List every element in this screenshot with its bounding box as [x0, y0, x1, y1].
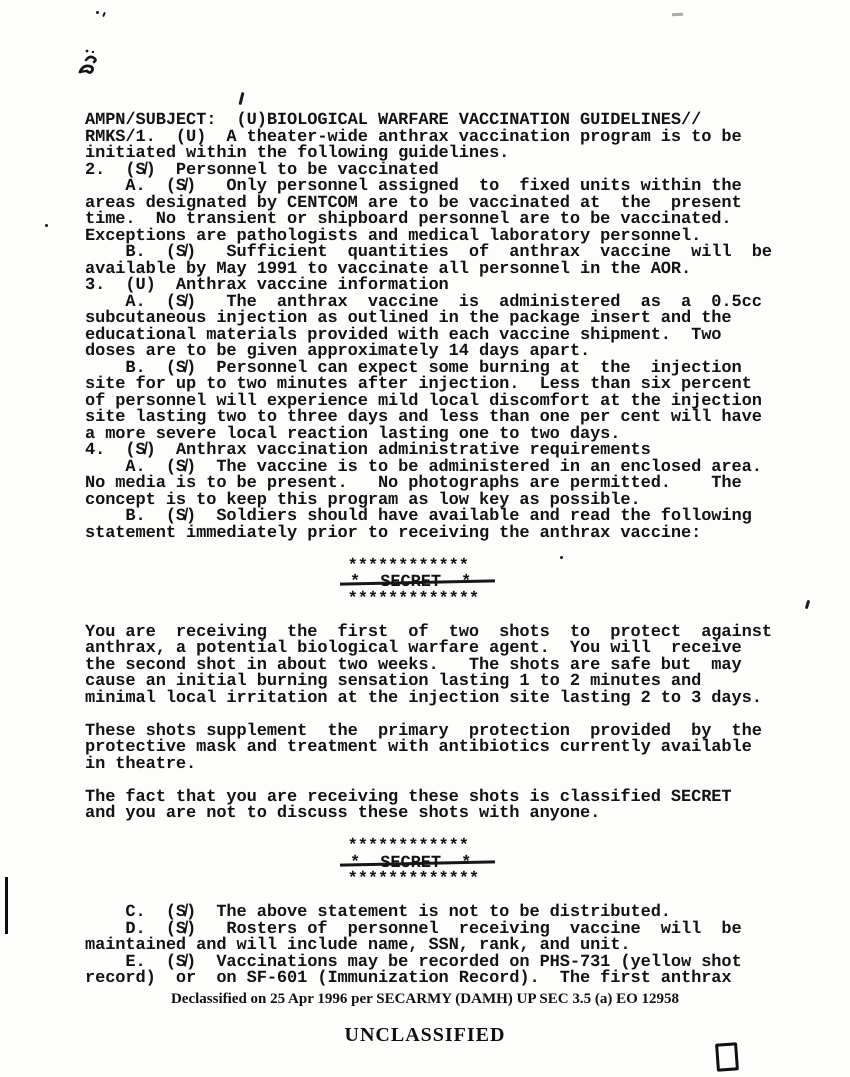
document-line: statement immediately prior to receiving… [85, 526, 775, 543]
struck-secret-text: * SECRET * [350, 575, 471, 592]
ink-speck-icon [102, 12, 106, 17]
document-line: ************* [85, 592, 775, 609]
handwritten-box-icon [715, 1042, 739, 1071]
document-line: record) or on SF-601 (Immunization Recor… [85, 971, 775, 988]
document-line: in theatre. [85, 757, 775, 774]
document-line: ************* [85, 872, 775, 889]
ink-tick-icon [238, 92, 244, 105]
document-line: and you are not to discuss these shots w… [85, 806, 775, 823]
document-line: minimal local irritation at the injectio… [85, 691, 775, 708]
struck-secret-text: * SECRET * [350, 856, 471, 873]
handwritten-squiggle-icon [76, 48, 102, 78]
declassification-note: Declassified on 25 Apr 1996 per SECARMY … [0, 991, 850, 1008]
ink-speck-icon [560, 556, 563, 559]
ink-tick-icon [805, 600, 810, 609]
margin-line-mark [5, 877, 8, 934]
ink-speck-icon [96, 11, 99, 14]
document-body: AMPN/SUBJECT: (U)BIOLOGICAL WARFARE VACC… [85, 113, 775, 988]
ink-speck-icon [45, 224, 48, 227]
scanned-document-page: AMPN/SUBJECT: (U)BIOLOGICAL WARFARE VACC… [0, 0, 850, 1077]
faint-dash-icon [672, 13, 683, 16]
